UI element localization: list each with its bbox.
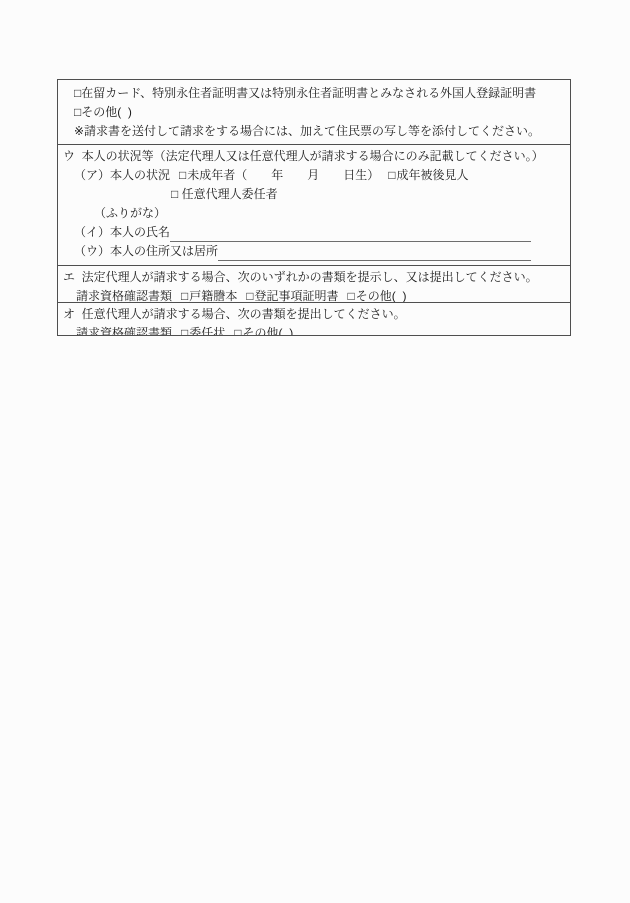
checkbox-icon: □ <box>74 84 81 103</box>
principal-status-heading: ウ 本人の状況等（法定代理人又は任意代理人が請求する場合にのみ記載してください。… <box>58 147 570 166</box>
principal-status-line: （ア）本人の状況 □未成年者（ 年 月 日生） □成年被後見人 <box>58 166 570 185</box>
section-voluntary-representative: オ 任意代理人が請求する場合、次の書類を提出してください。 請求資格確認書類 □… <box>58 302 570 335</box>
checkbox-icon: □ <box>74 103 81 122</box>
agent-delegator-line: □ 任意代理人委任者 <box>58 185 570 204</box>
principal-address-label: （ウ）本人の住所又は居所 <box>74 242 218 261</box>
checkbox-icon: □ <box>179 168 186 182</box>
checkbox-icon: □ <box>181 289 188 302</box>
agent-delegator-label: 任意代理人委任者 <box>178 185 277 204</box>
other-docs-option: □その他( ) <box>234 324 293 335</box>
checkbox-icon: □ <box>171 185 178 204</box>
principal-status-label: （ア）本人の状況 <box>74 166 170 185</box>
section-id-documents: □在留カード、特別永住者証明書又は特別永住者証明書とみなされる外国人登録証明書 … <box>58 80 570 144</box>
mailing-note: ※請求書を送付して請求をする場合には、加えて住民票の写し等を添付してください。 <box>58 122 570 141</box>
docs-label: 請求資格確認書類 <box>76 324 172 335</box>
family-register-option: □戸籍謄本 <box>181 287 237 302</box>
furigana-label: （ふりがな） <box>58 204 570 223</box>
other-docs-option: □その他( ) <box>348 287 407 302</box>
principal-name-line: （イ）本人の氏名 <box>58 223 570 242</box>
residence-card-option-label: 在留カード、特別永住者証明書又は特別永住者証明書とみなされる外国人登録証明書 <box>81 84 536 103</box>
form-page: { "icons": { "checkbox": "□" }, "table":… <box>0 0 630 903</box>
checkbox-icon: □ <box>388 168 395 182</box>
section-legal-representative: エ 法定代理人が請求する場合、次のいずれかの書類を提示し、又は提出してください。… <box>58 265 570 302</box>
docs-label: 請求資格確認書類 <box>76 287 172 302</box>
registration-certificate-option: □登記事項証明書 <box>246 287 338 302</box>
residence-card-option-line: □在留カード、特別永住者証明書又は特別永住者証明書とみなされる外国人登録証明書 <box>58 84 570 103</box>
principal-name-label: （イ）本人の氏名 <box>74 223 170 242</box>
power-of-attorney-option: □委任状 <box>181 324 225 335</box>
legal-rep-docs-line: 請求資格確認書類 □戸籍謄本 □登記事項証明書 □その他( ) <box>58 287 570 302</box>
voluntary-rep-heading: オ 任意代理人が請求する場合、次の書類を提出してください。 <box>58 305 570 324</box>
checkbox-icon: □ <box>234 326 241 335</box>
checkbox-icon: □ <box>181 326 188 335</box>
section-principal-status: ウ 本人の状況等（法定代理人又は任意代理人が請求する場合にのみ記載してください。… <box>58 144 570 265</box>
legal-rep-heading: エ 法定代理人が請求する場合、次のいずれかの書類を提示し、又は提出してください。 <box>58 268 570 287</box>
other-option-line: □その他( ) <box>58 103 570 122</box>
minor-option: □未成年者（ 年 月 日生） <box>179 166 379 185</box>
document-table: □在留カード、特別永住者証明書又は特別永住者証明書とみなされる外国人登録証明書 … <box>57 79 571 336</box>
address-underline <box>218 246 531 261</box>
principal-address-line: （ウ）本人の住所又は居所 <box>58 242 570 261</box>
name-underline <box>170 227 531 242</box>
adult-ward-option: □成年被後見人 <box>388 166 468 185</box>
voluntary-rep-docs-line: 請求資格確認書類 □委任状 □その他( ) <box>58 324 570 335</box>
checkbox-icon: □ <box>246 289 253 302</box>
checkbox-icon: □ <box>348 289 355 302</box>
other-option-label: その他( ) <box>81 103 132 122</box>
